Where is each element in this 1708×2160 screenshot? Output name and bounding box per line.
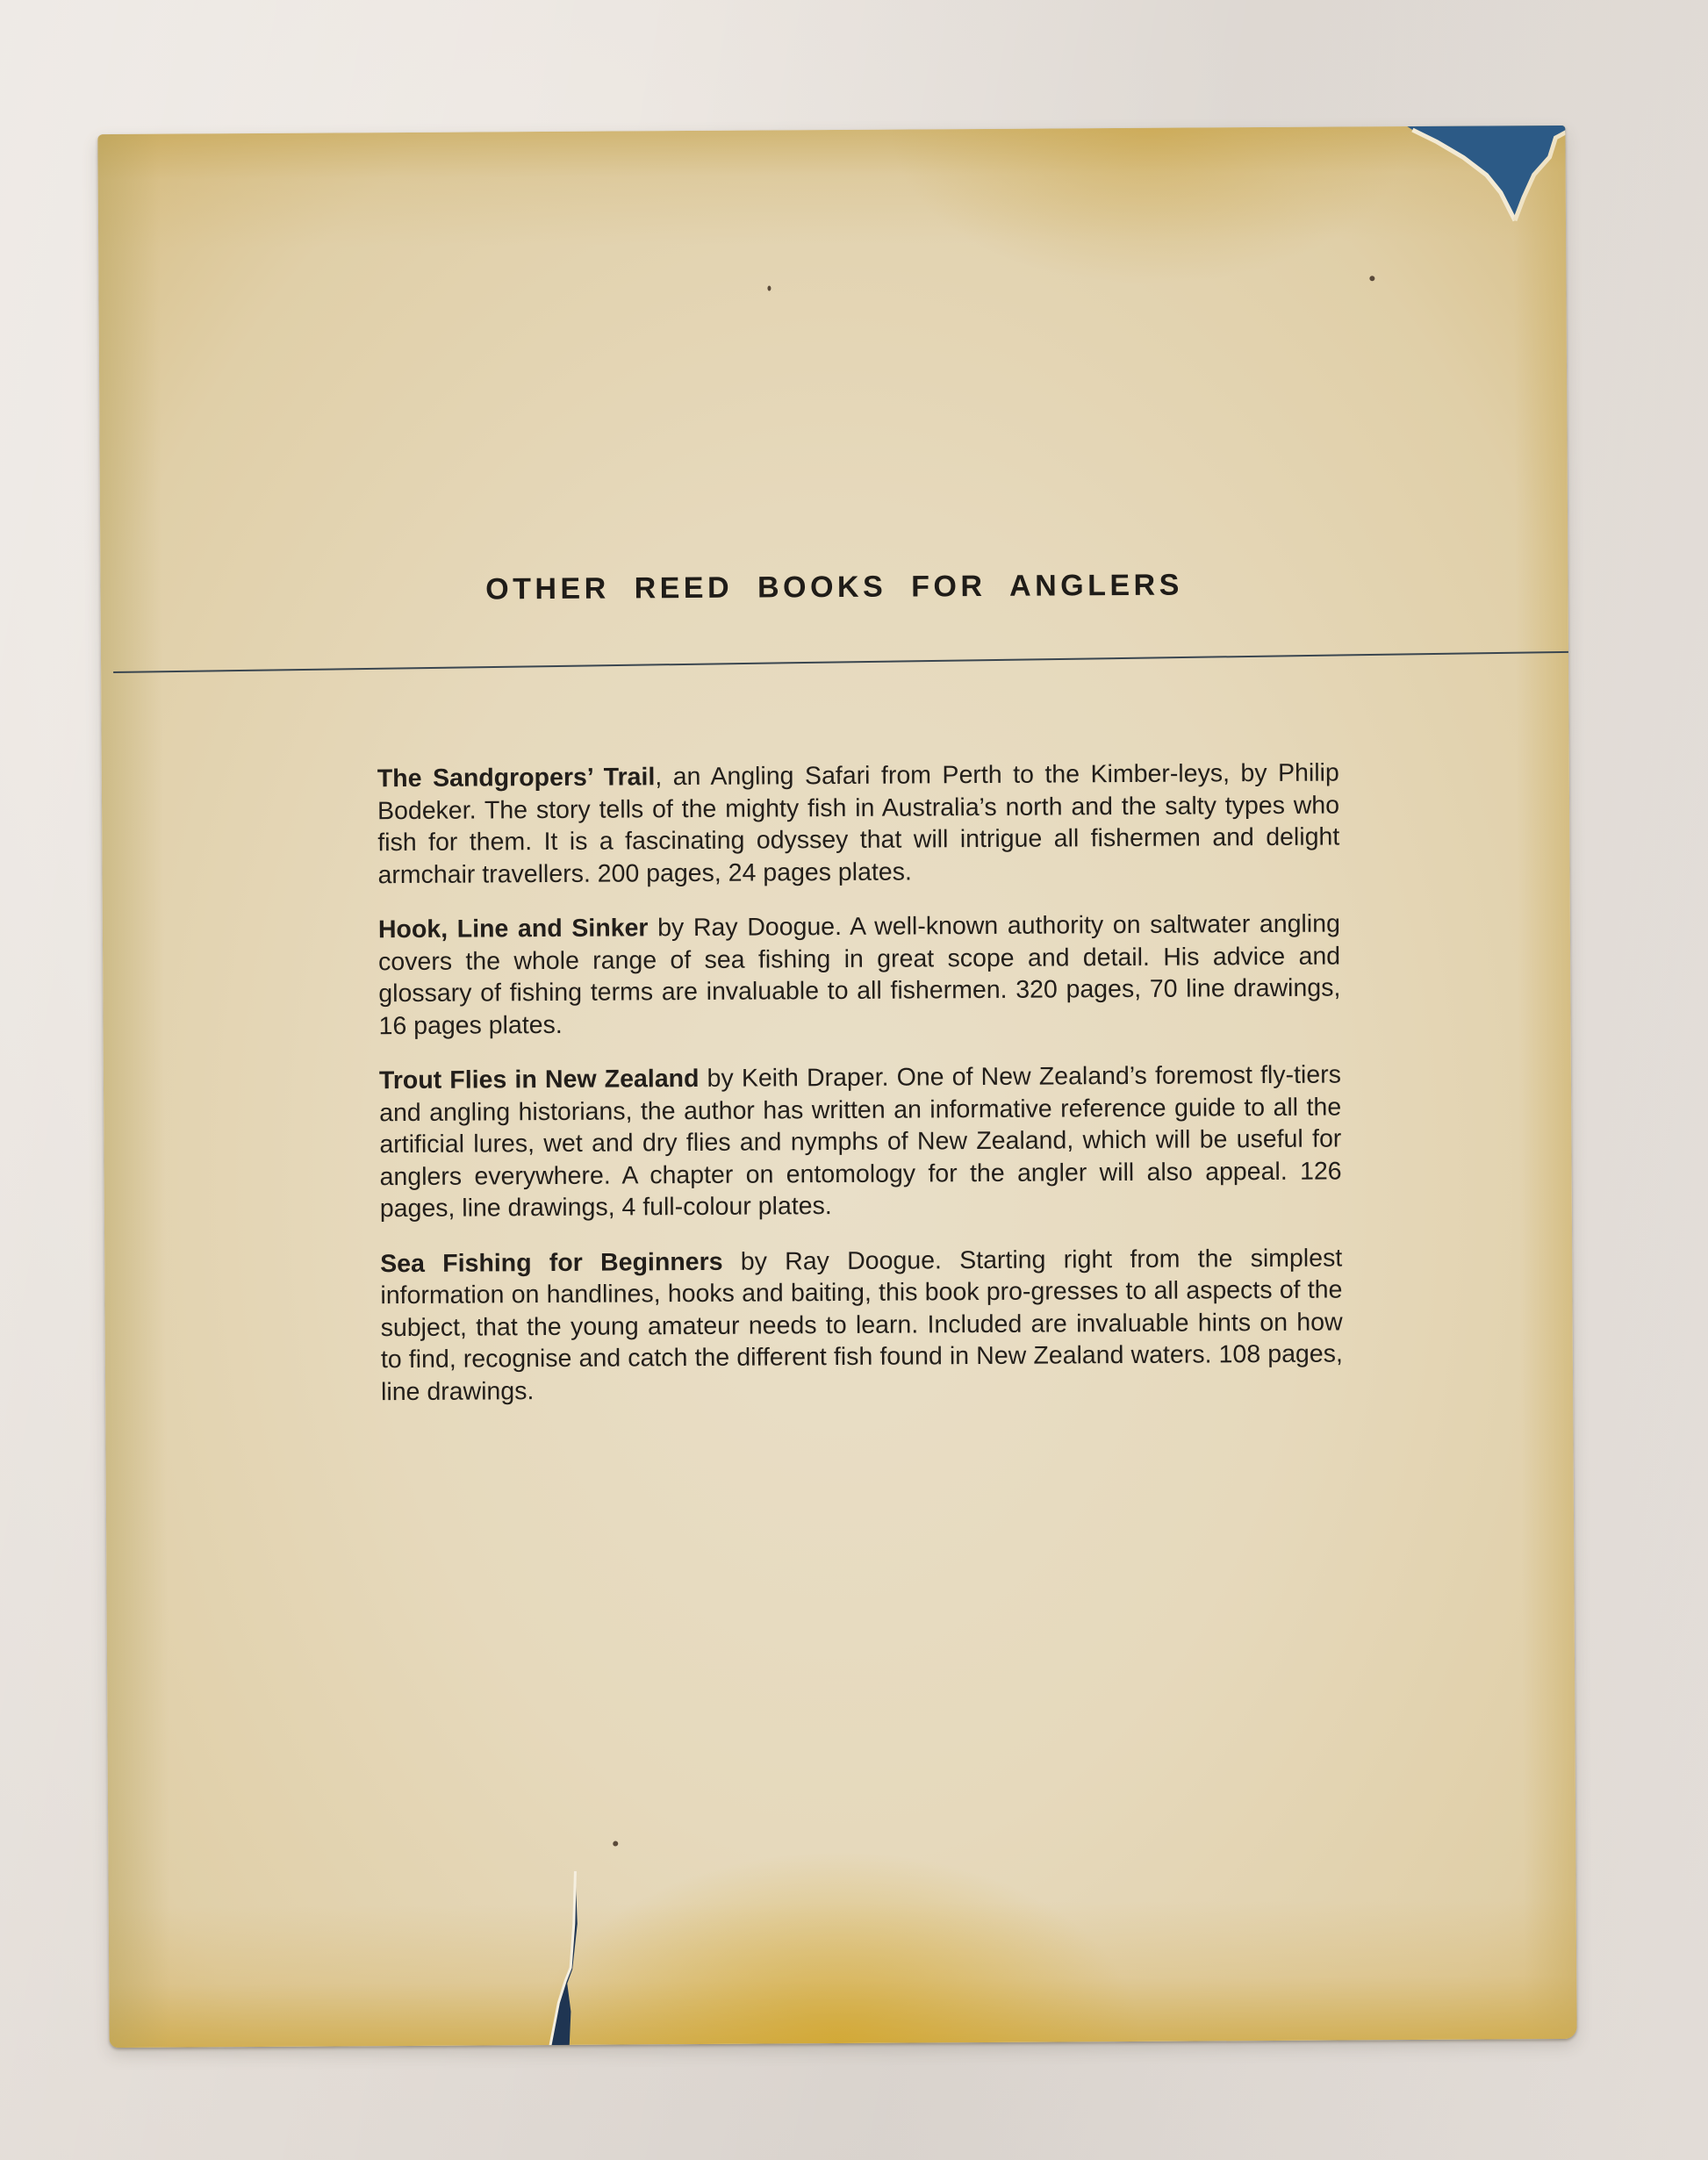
age-stain-top-center: [887, 126, 1415, 288]
book-title: Sea Fishing for Beginners: [380, 1247, 722, 1277]
dirt-speck: [1369, 276, 1374, 281]
divider-rule: [113, 651, 1568, 673]
dirt-speck: [613, 1841, 618, 1847]
book-list: The Sandgropers’ Trail, an Angling Safar…: [377, 757, 1344, 1432]
age-stain-left: [97, 134, 170, 2048]
section-heading: OTHER REED BOOKS FOR ANGLERS: [100, 566, 1568, 609]
book-entry: Hook, Line and Sinker by Ray Doogue. A w…: [378, 908, 1341, 1042]
book-back-cover: OTHER REED BOOKS FOR ANGLERS The Sandgro…: [97, 126, 1576, 2048]
age-stain-bottom-center: [529, 1848, 1145, 2045]
book-title: The Sandgropers’ Trail: [377, 763, 656, 793]
torn-edge-icon: [538, 1871, 592, 2047]
book-entry: The Sandgropers’ Trail, an Angling Safar…: [377, 757, 1340, 892]
book-title: Hook, Line and Sinker: [378, 914, 649, 944]
book-entry: Trout Flies in New Zealand by Keith Drap…: [379, 1058, 1342, 1224]
book-entry: Sea Fishing for Beginners by Ray Doogue.…: [380, 1242, 1343, 1408]
torn-corner-icon: [1402, 126, 1569, 228]
book-title: Trout Flies in New Zealand: [379, 1065, 700, 1094]
dirt-speck: [767, 285, 771, 291]
